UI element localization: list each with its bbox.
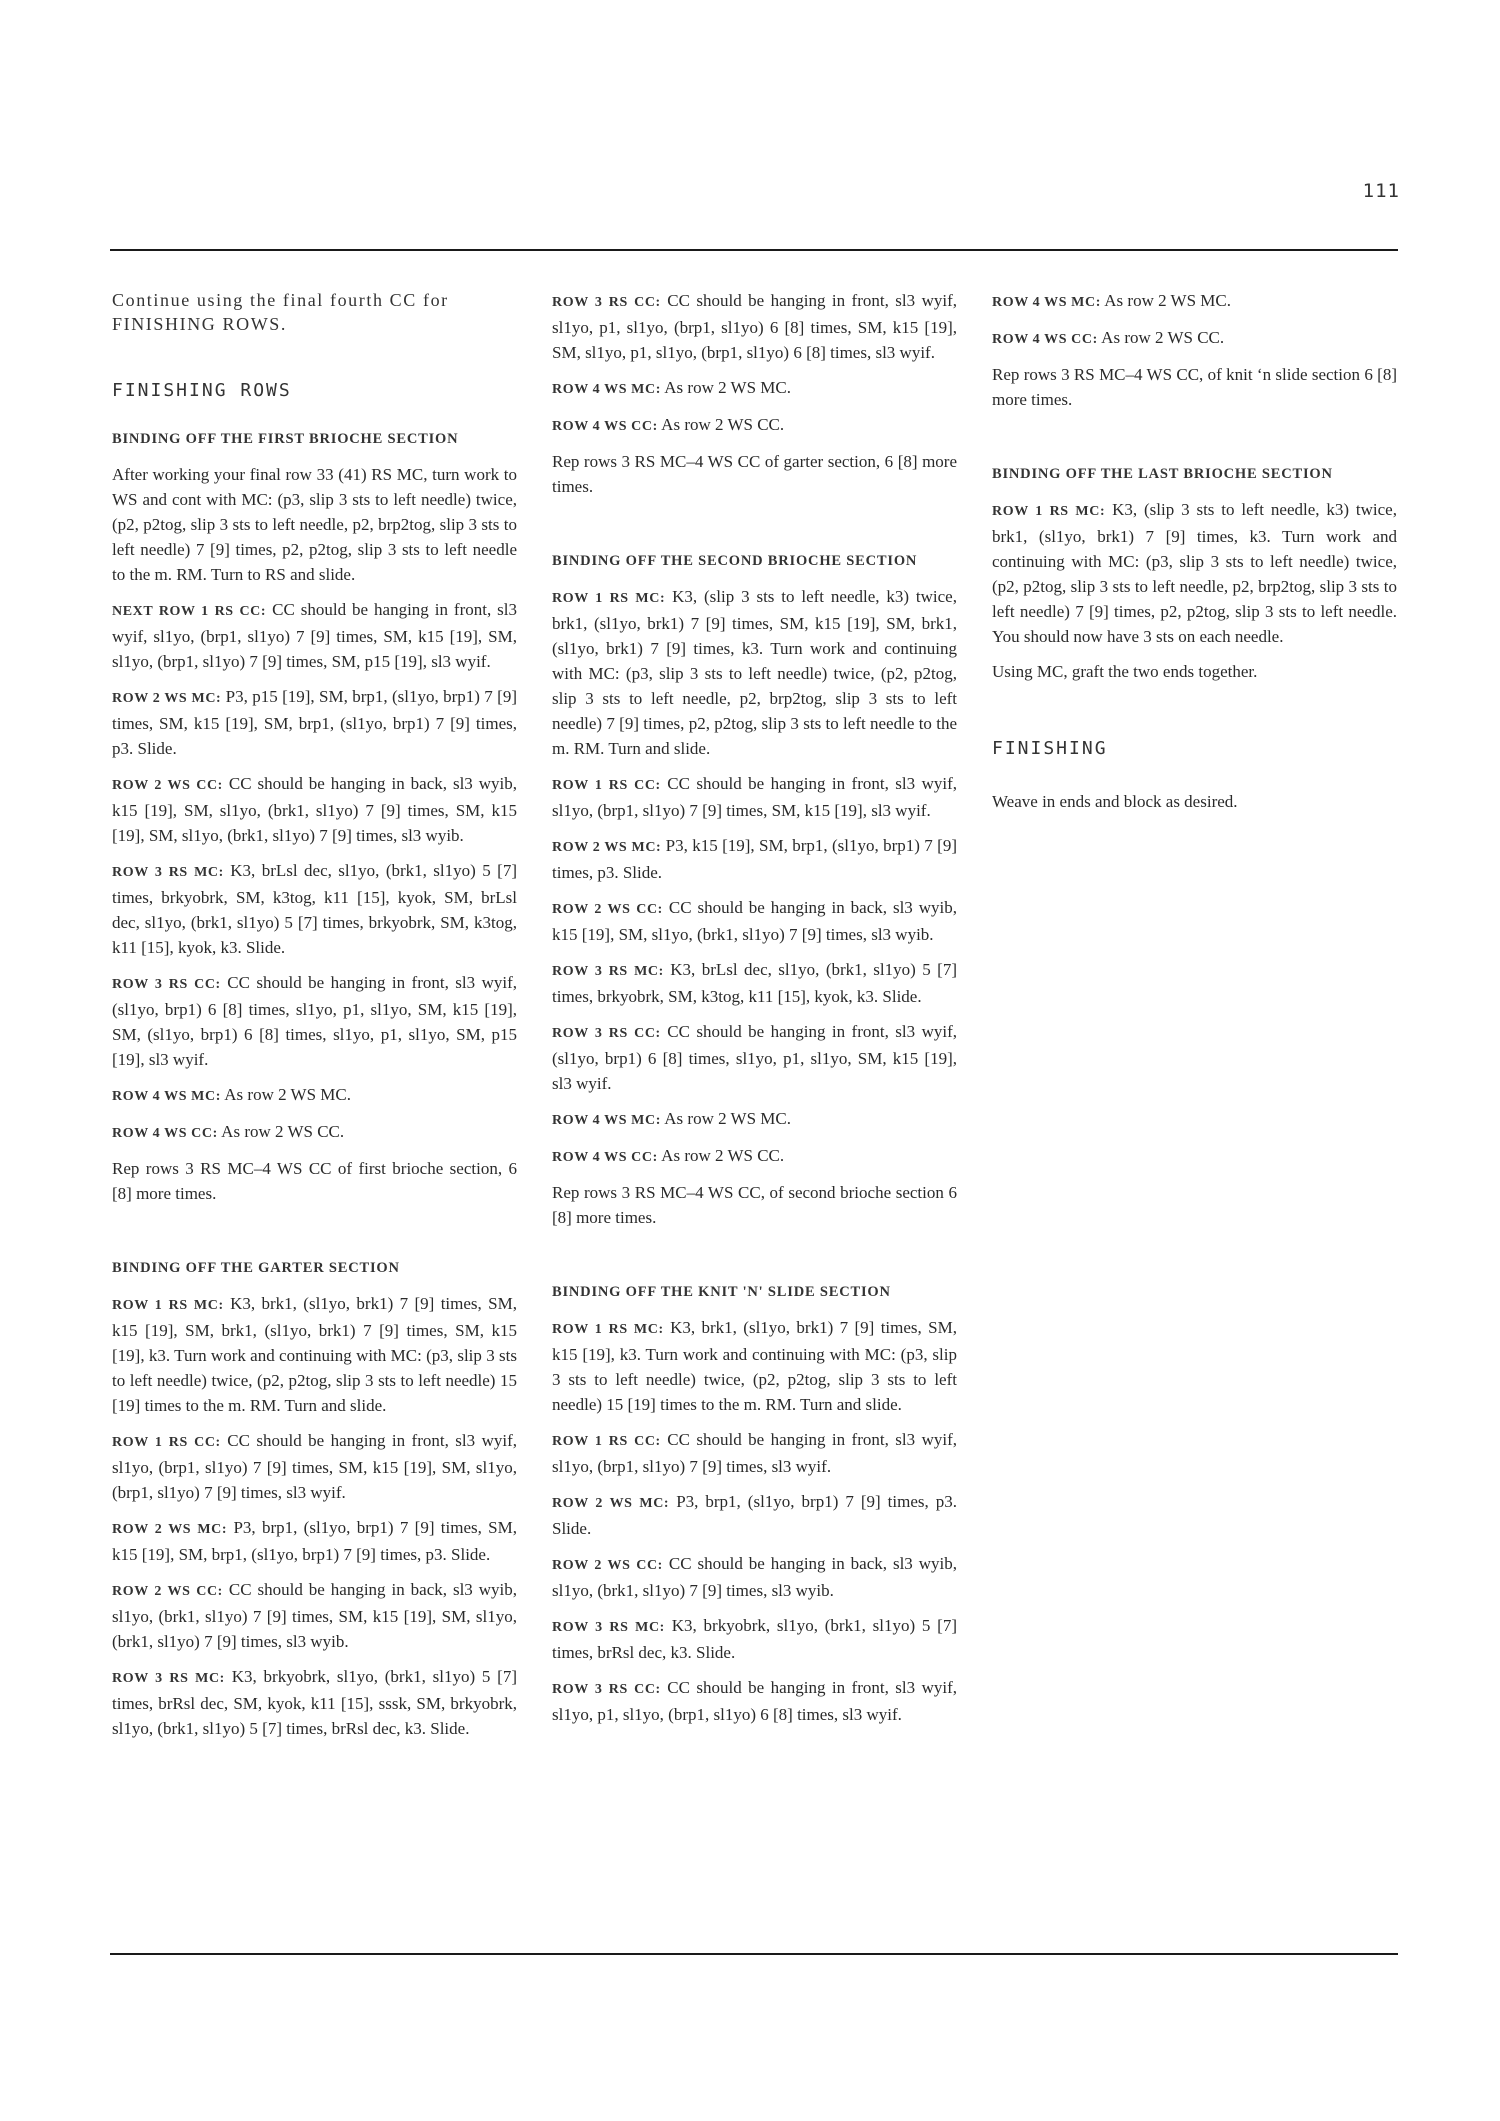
instruction-paragraph: ROW 2 WS CC: CC should be hanging in bac… <box>552 895 957 947</box>
instruction-paragraph: ROW 2 WS MC: P3, brp1, (sl1yo, brp1) 7 [… <box>112 1515 517 1567</box>
section-spacer <box>552 509 957 553</box>
instruction-text: As row 2 WS CC. <box>1098 328 1224 347</box>
instruction-text: Rep rows 3 RS MC–4 WS CC of garter secti… <box>552 452 957 496</box>
row-label: ROW 4 WS CC: <box>552 419 658 434</box>
instruction-text: After working your final row 33 (41) RS … <box>112 465 517 584</box>
instruction-text: As row 2 WS MC. <box>1101 291 1231 310</box>
section-spacer <box>112 1216 517 1260</box>
instruction-paragraph: ROW 1 RS CC: CC should be hanging in fro… <box>112 1428 517 1505</box>
row-label: ROW 1 RS MC: <box>552 591 665 606</box>
instruction-paragraph: ROW 4 WS CC: As row 2 WS CC. <box>552 412 957 439</box>
row-label: ROW 3 RS MC: <box>112 865 224 880</box>
instruction-paragraph: ROW 3 RS CC: CC should be hanging in fro… <box>112 970 517 1072</box>
row-label: ROW 2 WS CC: <box>552 902 663 917</box>
instruction-paragraph: ROW 2 WS CC: CC should be hanging in bac… <box>552 1551 957 1603</box>
row-label: ROW 1 RS MC: <box>992 504 1105 519</box>
row-label: ROW 2 WS MC: <box>112 691 221 706</box>
instruction-text: As row 2 WS CC. <box>218 1122 344 1141</box>
instruction-paragraph: ROW 2 WS MC: P3, p15 [19], SM, brp1, (sl… <box>112 684 517 761</box>
row-label: ROW 3 RS CC: <box>552 1026 661 1041</box>
subsection-heading: BINDING OFF THE GARTER SECTION <box>112 1260 517 1277</box>
column-right: ROW 4 WS MC: As row 2 WS MC.ROW 4 WS CC:… <box>992 288 1397 824</box>
section-spacer <box>552 1240 957 1284</box>
instruction-text: Rep rows 3 RS MC–4 WS CC, of knit ‘n sli… <box>992 365 1397 409</box>
row-label: ROW 3 RS CC: <box>552 1682 661 1697</box>
instruction-paragraph: ROW 3 RS MC: K3, brLsl dec, sl1yo, (brk1… <box>552 957 957 1009</box>
row-label: ROW 1 RS CC: <box>112 1435 221 1450</box>
instruction-paragraph: ROW 3 RS MC: K3, brLsl dec, sl1yo, (brk1… <box>112 858 517 960</box>
instruction-paragraph: ROW 3 RS MC: K3, brkyobrk, sl1yo, (brk1,… <box>552 1613 957 1665</box>
instruction-paragraph: ROW 4 WS CC: As row 2 WS CC. <box>112 1119 517 1146</box>
row-label: ROW 4 WS MC: <box>552 382 661 397</box>
instruction-paragraph: Using MC, graft the two ends together. <box>992 659 1397 684</box>
subsection-heading: BINDING OFF THE KNIT 'N' SLIDE SECTION <box>552 1284 957 1301</box>
row-label: ROW 2 WS CC: <box>552 1558 663 1573</box>
row-label: ROW 3 RS CC: <box>552 295 661 310</box>
row-label: ROW 3 RS MC: <box>552 964 664 979</box>
instruction-text: K3, (slip 3 sts to left needle, k3) twic… <box>552 587 957 758</box>
instruction-paragraph: ROW 4 WS MC: As row 2 WS MC. <box>992 288 1397 315</box>
column-left: Continue using the final fourth CC for F… <box>112 288 517 1751</box>
row-label: ROW 1 RS MC: <box>112 1298 224 1313</box>
footer-rule <box>110 1953 1398 1955</box>
row-label: ROW 3 RS MC: <box>112 1671 225 1686</box>
instruction-paragraph: ROW 3 RS CC: CC should be hanging in fro… <box>552 1675 957 1727</box>
instruction-paragraph: NEXT ROW 1 RS CC: CC should be hanging i… <box>112 597 517 674</box>
instruction-text: K3, (slip 3 sts to left needle, k3) twic… <box>992 500 1397 646</box>
row-label: NEXT ROW 1 RS CC: <box>112 604 266 619</box>
instruction-paragraph: ROW 1 RS CC: CC should be hanging in fro… <box>552 1427 957 1479</box>
instruction-paragraph: Rep rows 3 RS MC–4 WS CC, of second brio… <box>552 1180 957 1230</box>
row-label: ROW 1 RS MC: <box>552 1322 664 1337</box>
header-rule <box>110 249 1398 251</box>
row-label: ROW 4 WS MC: <box>112 1089 221 1104</box>
instruction-paragraph: After working your final row 33 (41) RS … <box>112 462 517 587</box>
instruction-paragraph: ROW 3 RS CC: CC should be hanging in fro… <box>552 288 957 365</box>
row-label: ROW 3 RS CC: <box>112 977 221 992</box>
instruction-paragraph: ROW 4 WS MC: As row 2 WS MC. <box>552 375 957 402</box>
row-label: ROW 2 WS MC: <box>112 1522 227 1537</box>
instruction-text: Weave in ends and block as desired. <box>992 792 1238 811</box>
instruction-text: Rep rows 3 RS MC–4 WS CC of first brioch… <box>112 1159 517 1203</box>
row-label: ROW 1 RS CC: <box>552 778 661 793</box>
section-spacer <box>992 422 1397 466</box>
instruction-paragraph: ROW 4 WS CC: As row 2 WS CC. <box>552 1143 957 1170</box>
instruction-paragraph: Rep rows 3 RS MC–4 WS CC of garter secti… <box>552 449 957 499</box>
instruction-paragraph: ROW 1 RS MC: K3, (slip 3 sts to left nee… <box>552 584 957 761</box>
row-label: ROW 4 WS CC: <box>992 332 1098 347</box>
row-label: ROW 1 RS CC: <box>552 1434 661 1449</box>
instruction-text: As row 2 WS CC. <box>658 415 784 434</box>
instruction-paragraph: ROW 4 WS CC: As row 2 WS CC. <box>992 325 1397 352</box>
instruction-paragraph: ROW 4 WS MC: As row 2 WS MC. <box>552 1106 957 1133</box>
row-label: ROW 2 WS CC: <box>112 1584 223 1599</box>
instruction-text: As row 2 WS CC. <box>658 1146 784 1165</box>
instruction-paragraph: Rep rows 3 RS MC–4 WS CC, of knit ‘n sli… <box>992 362 1397 412</box>
instruction-paragraph: ROW 3 RS CC: CC should be hanging in fro… <box>552 1019 957 1096</box>
page-number: 111 <box>1363 180 1400 202</box>
instruction-text: As row 2 WS MC. <box>661 378 791 397</box>
instruction-paragraph: ROW 4 WS MC: As row 2 WS MC. <box>112 1082 517 1109</box>
row-label: ROW 2 WS MC: <box>552 840 661 855</box>
subsection-heading: BINDING OFF THE FIRST BRIOCHE SECTION <box>112 431 517 448</box>
row-label: ROW 4 WS CC: <box>552 1150 658 1165</box>
row-label: ROW 4 WS MC: <box>992 295 1101 310</box>
instruction-paragraph: ROW 1 RS MC: K3, brk1, (sl1yo, brk1) 7 [… <box>112 1291 517 1418</box>
subsection-heading: BINDING OFF THE SECOND BRIOCHE SECTION <box>552 553 957 570</box>
row-label: ROW 4 WS CC: <box>112 1126 218 1141</box>
subsection-heading: BINDING OFF THE LAST BRIOCHE SECTION <box>992 466 1397 483</box>
instruction-paragraph: ROW 2 WS MC: P3, k15 [19], SM, brp1, (sl… <box>552 833 957 885</box>
instruction-paragraph: ROW 1 RS CC: CC should be hanging in fro… <box>552 771 957 823</box>
instruction-paragraph: ROW 1 RS MC: K3, brk1, (sl1yo, brk1) 7 [… <box>552 1315 957 1417</box>
instruction-paragraph: ROW 2 WS CC: CC should be hanging in bac… <box>112 1577 517 1654</box>
instruction-paragraph: ROW 2 WS CC: CC should be hanging in bac… <box>112 771 517 848</box>
instruction-paragraph: Weave in ends and block as desired. <box>992 789 1397 814</box>
section-heading: FINISHING ROWS <box>112 380 517 401</box>
instruction-text: As row 2 WS MC. <box>221 1085 351 1104</box>
row-label: ROW 4 WS MC: <box>552 1113 661 1128</box>
instruction-paragraph: ROW 1 RS MC: K3, (slip 3 sts to left nee… <box>992 497 1397 649</box>
row-label: ROW 2 WS MC: <box>552 1496 669 1511</box>
instruction-text: Rep rows 3 RS MC–4 WS CC, of second brio… <box>552 1183 957 1227</box>
row-label: ROW 3 RS MC: <box>552 1620 665 1635</box>
section-spacer <box>992 694 1397 738</box>
instruction-paragraph: Rep rows 3 RS MC–4 WS CC of first brioch… <box>112 1156 517 1206</box>
instruction-text: Using MC, graft the two ends together. <box>992 662 1257 681</box>
instruction-text: As row 2 WS MC. <box>661 1109 791 1128</box>
section-heading: FINISHING <box>992 738 1397 759</box>
instruction-paragraph: ROW 3 RS MC: K3, brkyobrk, sl1yo, (brk1,… <box>112 1664 517 1741</box>
column-middle: ROW 3 RS CC: CC should be hanging in fro… <box>552 288 957 1737</box>
row-label: ROW 2 WS CC: <box>112 778 223 793</box>
instruction-paragraph: ROW 2 WS MC: P3, brp1, (sl1yo, brp1) 7 [… <box>552 1489 957 1541</box>
intro-paragraph: Continue using the final fourth CC for F… <box>112 288 517 336</box>
